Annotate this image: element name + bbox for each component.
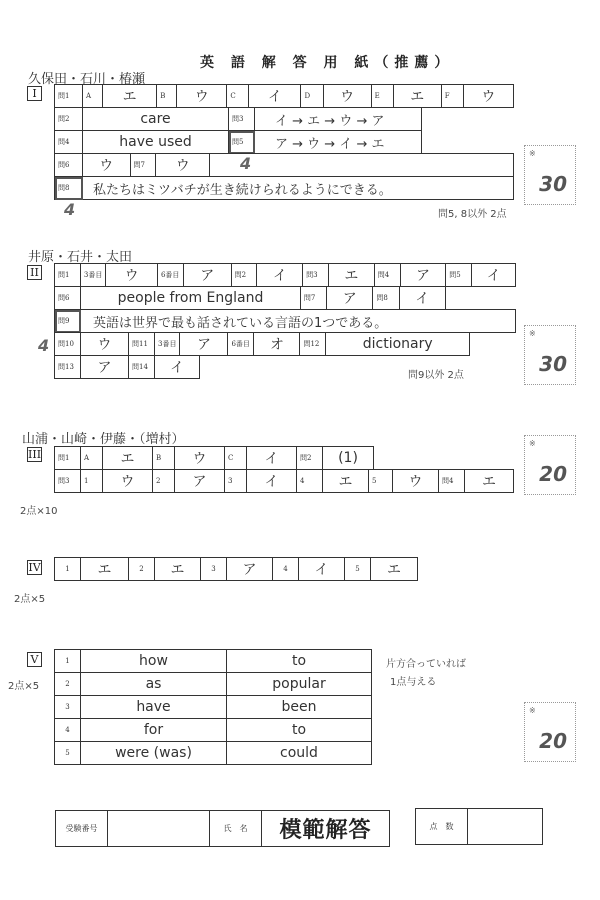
s2-q11-third-label: 3番目 — [155, 333, 180, 356]
s2-q13-label: 問13 — [55, 356, 81, 379]
s2-q12-label: 問12 — [300, 333, 326, 356]
s5-row-3-answer-a: have — [81, 696, 227, 719]
s2-q11-sixth-label: 6番目 — [228, 333, 254, 356]
q5-label: 問5 — [229, 131, 255, 154]
section-3-score-box: ※ 20 — [524, 435, 576, 495]
section-1-rows-q2-q5: 問2 care 問3 イ → エ → ウ → ア 問4 have used 問5… — [54, 107, 422, 154]
s2-q3-answer: エ — [329, 264, 375, 287]
s3-q3-2-answer: ア — [175, 470, 225, 493]
s2-q10-answer: ウ — [81, 333, 129, 356]
section-5-score-box: ※ 20 — [524, 702, 576, 762]
s5-row-3-number: 3 — [55, 696, 81, 719]
s3-q3-3-answer: イ — [247, 470, 297, 493]
name-field[interactable]: 模範解答 — [262, 811, 390, 847]
section-3-note: 2点×10 — [20, 502, 57, 517]
s3-q1-b-answer: ウ — [175, 447, 225, 470]
q1-f-label: F — [441, 85, 463, 108]
q6-answer: ウ — [82, 154, 130, 177]
s2-q14-answer: イ — [155, 356, 200, 379]
s4-4-answer: イ — [299, 558, 345, 581]
footer-score: 点 数 — [415, 808, 543, 845]
s2-q8-answer: イ — [399, 287, 445, 310]
s2-q6-label: 問6 — [55, 287, 81, 310]
s5-row-2-number: 2 — [55, 673, 81, 696]
footer-id-name: 受験番号 氏 名 模範解答 — [55, 810, 390, 847]
section-2-row-q1-q5: 問1 3番目 ウ 6番目 ア 問2 イ 問3 エ 問4 ア 問5 イ — [54, 263, 516, 287]
section-5-score: 20 — [539, 729, 567, 753]
s4-5-answer: エ — [371, 558, 418, 581]
s5-row-4-answer-a: for — [81, 719, 227, 742]
q3-label: 問3 — [229, 108, 255, 131]
s2-q7-label: 問7 — [300, 287, 326, 310]
q4-answer: have used — [83, 131, 229, 154]
s2-q9-points: 4 — [38, 336, 49, 355]
section-4-note: 2点×5 — [14, 590, 45, 605]
s2-q9-label: 問9 — [55, 310, 81, 333]
name-label: 氏 名 — [210, 811, 262, 847]
section-1-score: 30 — [539, 172, 567, 196]
section-2-row-q6-q8: 問6 people from England 問7 ア 問8 イ — [54, 286, 446, 310]
section-3-score: 20 — [539, 462, 567, 486]
s2-q1-third-label: 3番目 — [80, 264, 105, 287]
s3-q1-a-answer: エ — [103, 447, 153, 470]
s2-q3-label: 問3 — [303, 264, 329, 287]
s5-row-4-answer-b: to — [227, 719, 372, 742]
s3-q3-5-answer: ウ — [393, 470, 439, 493]
section-2-row-q10-q12: 問10 ウ 問11 3番目 ア 6番目 オ 問12 dictionary — [54, 332, 470, 356]
s2-q12-answer: dictionary — [326, 333, 470, 356]
page-title: 英 語 解 答 用 紙（推薦） — [200, 52, 454, 72]
s4-1-answer: エ — [81, 558, 129, 581]
section-4-numeral: IV — [27, 560, 42, 575]
s3-q3-5-label: 5 — [369, 470, 393, 493]
s2-q14-label: 問14 — [129, 356, 155, 379]
s2-q1-sixth-label: 6番目 — [157, 264, 183, 287]
q1-d-label: D — [301, 85, 323, 108]
exam-number-label: 受験番号 — [56, 811, 108, 847]
q1-a-label: A — [83, 85, 103, 108]
section-1-row-q6-q7: 問6 ウ 問7 ウ — [54, 153, 210, 177]
s3-q2-label: 問2 — [297, 447, 323, 470]
section-1-row-q8: 問8 私たちはミツバチが生き続けられるようにできる。 — [54, 176, 514, 200]
q3-answer: イ → エ → ウ → ア — [255, 108, 422, 131]
s2-q1-sixth-answer: ア — [183, 264, 231, 287]
s2-q4-answer: ア — [400, 264, 446, 287]
s5-row-5-answer-a: were (was) — [81, 742, 227, 765]
s2-q11-third-answer: ア — [180, 333, 228, 356]
s2-q5-answer: イ — [472, 264, 516, 287]
q1-b-answer: ウ — [177, 85, 227, 108]
s2-q9-answer: 英語は世界で最も話されている言語の1つである。 — [81, 310, 516, 333]
s3-q3-1-answer: ウ — [103, 470, 153, 493]
section-2-numeral: II — [27, 265, 42, 280]
q5-points: 4 — [240, 154, 251, 173]
q1-d-answer: ウ — [323, 85, 371, 108]
s3-q4-label: 問4 — [439, 470, 465, 493]
s3-q1-c-label: C — [225, 447, 247, 470]
s3-q3-3-label: 3 — [225, 470, 247, 493]
s4-3-answer: ア — [227, 558, 273, 581]
s5-row-4-number: 4 — [55, 719, 81, 742]
s2-q2-answer: イ — [257, 264, 303, 287]
q1-b-label: B — [157, 85, 177, 108]
section-4-row: 1 エ 2 エ 3 ア 4 イ 5 エ — [54, 557, 418, 581]
section-5-table: 1 how to 2 as popular 3 have been 4 for … — [54, 649, 372, 765]
score-mark: ※ — [529, 149, 536, 158]
s3-q3-4-answer: エ — [323, 470, 369, 493]
score-mark: ※ — [529, 329, 536, 338]
score-mark: ※ — [529, 439, 536, 448]
q1-a-answer: エ — [103, 85, 157, 108]
q2-answer: care — [83, 108, 229, 131]
s2-q7-answer: ア — [327, 287, 373, 310]
s5-row-1-answer-a: how — [81, 650, 227, 673]
section-3-row-q1-q2: 問1 A エ B ウ C イ 問2 (1) — [54, 446, 374, 470]
section-2-score-box: ※ 30 — [524, 325, 576, 385]
s3-q4-answer: エ — [465, 470, 514, 493]
total-score-label: 点 数 — [416, 809, 468, 845]
q6-q7-blank-area — [210, 153, 514, 176]
s3-q3-2-label: 2 — [153, 470, 175, 493]
q7-answer: ウ — [156, 154, 210, 177]
q1-e-answer: エ — [393, 85, 441, 108]
q4-label: 問4 — [55, 131, 83, 154]
section-5-side-note-1: 片方合っていれば — [386, 655, 466, 670]
section-3-graders: 山浦・山崎・伊藤・（増村） — [22, 428, 185, 447]
section-5-side-note-2: 1点与える — [390, 673, 436, 688]
s5-row-2-answer-a: as — [81, 673, 227, 696]
q8-answer: 私たちはミツバチが生き続けられるようにできる。 — [83, 177, 514, 200]
q5-answer: ア → ウ → イ → エ — [255, 131, 422, 154]
q8-points: 4 — [64, 200, 75, 219]
total-score-field[interactable] — [468, 809, 543, 845]
s2-q10-label: 問10 — [55, 333, 81, 356]
section-5-note: 2点×5 — [8, 677, 39, 692]
s5-row-5-number: 5 — [55, 742, 81, 765]
s4-5-label: 5 — [345, 558, 371, 581]
section-2-score: 30 — [539, 352, 567, 376]
s5-row-2-answer-b: popular — [227, 673, 372, 696]
s4-2-answer: エ — [155, 558, 201, 581]
section-1-score-box: ※ 30 — [524, 145, 576, 205]
s3-q3-label: 問3 — [55, 470, 81, 493]
s4-4-label: 4 — [273, 558, 299, 581]
s3-q3-4-label: 4 — [297, 470, 323, 493]
section-1-row-q1: 問1 A エ B ウ C イ D ウ E エ F ウ — [54, 84, 514, 108]
s2-q6-answer: people from England — [81, 287, 301, 310]
section-2-note: 問9以外 2点 — [408, 366, 464, 381]
s2-q8-label: 問8 — [373, 287, 399, 310]
s2-q2-label: 問2 — [231, 264, 257, 287]
q6-label: 問6 — [55, 154, 83, 177]
s5-row-3-answer-b: been — [227, 696, 372, 719]
s2-q11-label: 問11 — [129, 333, 155, 356]
s4-1-label: 1 — [55, 558, 81, 581]
section-1-note: 問5, 8以外 2点 — [438, 205, 507, 220]
s3-q1-b-label: B — [153, 447, 175, 470]
q7-label: 問7 — [130, 154, 156, 177]
q8-label: 問8 — [55, 177, 83, 200]
s3-q1-c-answer: イ — [247, 447, 297, 470]
s2-q5-label: 問5 — [446, 264, 472, 287]
s2-q4-label: 問4 — [374, 264, 400, 287]
s3-q3-1-label: 1 — [81, 470, 103, 493]
s2-q11-sixth-answer: オ — [254, 333, 300, 356]
section-2-row-q13-q14: 問13 ア 問14 イ — [54, 355, 200, 379]
section-3-row-q3-q4: 問3 1 ウ 2 ア 3 イ 4 エ 5 ウ 問4 エ — [54, 469, 514, 493]
s4-2-label: 2 — [129, 558, 155, 581]
s2-q1-third-answer: ウ — [106, 264, 158, 287]
s5-row-1-number: 1 — [55, 650, 81, 673]
s3-q1-a-label: A — [81, 447, 103, 470]
section-5-numeral: V — [27, 652, 42, 667]
s5-row-5-answer-b: could — [227, 742, 372, 765]
s2-q13-answer: ア — [81, 356, 129, 379]
s3-q1-label: 問1 — [55, 447, 81, 470]
q2-label: 問2 — [55, 108, 83, 131]
q1-c-label: C — [227, 85, 249, 108]
section-3-numeral: III — [27, 447, 42, 462]
section-1-numeral: I — [27, 86, 42, 101]
s2-q1-label: 問1 — [55, 264, 81, 287]
q1-e-label: E — [371, 85, 393, 108]
section-2-row-q9: 問9 英語は世界で最も話されている言語の1つである。 — [54, 309, 516, 333]
s5-row-1-answer-b: to — [227, 650, 372, 673]
s3-q2-answer: (1) — [323, 447, 374, 470]
q1-label: 問1 — [55, 85, 83, 108]
exam-number-field[interactable] — [108, 811, 210, 847]
q1-c-answer: イ — [249, 85, 301, 108]
q1-f-answer: ウ — [463, 85, 513, 108]
score-mark: ※ — [529, 706, 536, 715]
s4-3-label: 3 — [201, 558, 227, 581]
